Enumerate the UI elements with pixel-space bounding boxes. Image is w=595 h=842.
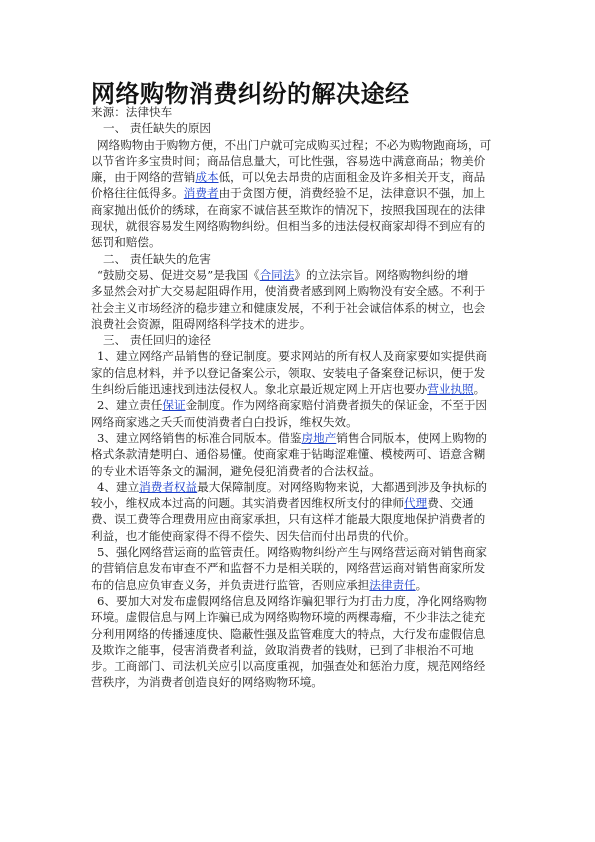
text: 最大保障制度。对网络购物来说，大都遇到涉及争执标的 xyxy=(197,480,487,494)
text: 低，可以免去昂贵的店面租金及许多相关开支，商品 xyxy=(219,170,486,184)
link-real-estate[interactable]: 房地产 xyxy=(301,431,336,445)
text: 3、建立网络销售的标准合同版本。借鉴 xyxy=(97,431,301,445)
paragraph-line: 格式条款清楚明白、通俗易懂。使商家难于钻晦涩难懂、模棱两可、语意含糊 xyxy=(91,446,511,462)
paragraph-line: 分利用网络的传播速度快、隐蔽性强及监管难度大的特点，大行发布虚假信息 xyxy=(91,626,511,642)
text: “鼓励交易、促进交易”是我国《 xyxy=(97,268,260,282)
paragraph-line: 1、建立网络产品销售的登记制度。要求网站的所有权人及商家要如实提供商 xyxy=(91,348,511,364)
text: 2、建立责任 xyxy=(97,398,162,412)
paragraph-line: 5、强化网络营运商的监管责任。网络购物纠纷产生与网络营运商对销售商家 xyxy=(91,544,511,560)
link-contract-law[interactable]: 合同法 xyxy=(260,268,295,282)
paragraph-line: 浪费社会资源，阻碍网络科学技术的进步。 xyxy=(91,316,511,332)
paragraph-line: 较小，维权成本过高的问题。其实消费者因维权所支付的律师代理费、交通 xyxy=(91,495,511,511)
text: 价格往往低得多。 xyxy=(91,186,184,200)
paragraph-line: 商家抛出低价的绣球，在商家不诚信甚至欺诈的情况下，按照我国现在的法律 xyxy=(91,202,511,218)
paragraph-line: 家的信息材料，并予以登记备案公示，领取、安装电子备案登记标识，便于发 xyxy=(91,365,511,381)
paragraph-line: 环境。虚假信息与网上诈骗已成为网络购物环境的两棵毒瘤，不少非法之徒充 xyxy=(91,609,511,625)
document-page: 网络购物消费纠纷的解决途经 来源：法律快车 一、 责任缺失的原因 网络购物由于购… xyxy=(0,0,595,842)
section-heading-2: 二、 责任缺失的危害 xyxy=(91,251,511,267)
text: 廉，由于网络的营销 xyxy=(91,170,195,184)
paragraph-line: 营秩序，为消费者创造良好的网络购物环境。 xyxy=(91,674,511,690)
source-line: 来源：法律快车 xyxy=(91,104,511,120)
paragraph-line: 4、建立消费者权益最大保障制度。对网络购物来说，大都遇到涉及争执标的 xyxy=(91,479,511,495)
text: 。 xyxy=(474,382,486,396)
text: 销售合同版本，使网上购物的 xyxy=(336,431,487,445)
text: 4、建立 xyxy=(97,480,139,494)
paragraph-line: 以节省许多宝贵时间；商品信息量大，可比性强，容易选中满意商品；物美价 xyxy=(91,153,511,169)
paragraph-line: 惩罚和赔偿。 xyxy=(91,234,511,250)
paragraph-line: 多显然会对扩大交易起阻碍作用，使消费者感到网上购物没有安全感。不利于 xyxy=(91,283,511,299)
paragraph-line: 廉，由于网络的营销成本低，可以免去昂贵的店面租金及许多相关开支，商品 xyxy=(91,169,511,185)
paragraph-line: 利益，也才能使商家得不得不偿失、因失信而付出昂贵的代价。 xyxy=(91,528,511,544)
link-business-license[interactable]: 营业执照 xyxy=(427,382,473,396)
paragraph-line: 3、建立网络销售的标准合同版本。借鉴房地产销售合同版本，使网上购物的 xyxy=(91,430,511,446)
paragraph-line: 布的信息应负审查义务，并负责进行监管，否则应承担法律责任。 xyxy=(91,577,511,593)
paragraph-line: 6、要加大对发布虚假网络信息及网络诈骗犯罪行为打击力度，净化网络购物 xyxy=(91,593,511,609)
link-legal-liability[interactable]: 法律责任 xyxy=(369,578,415,592)
paragraph-line: 现状，就很容易发生网络购物纠纷。但相当多的违法侵权商家却得不到应有的 xyxy=(91,218,511,234)
link-agency[interactable]: 代理 xyxy=(404,496,427,510)
text: 布的信息应负审查义务，并负责进行监管，否则应承担 xyxy=(91,578,369,592)
paragraph-line: 价格往往低得多。消费者由于贪图方便，消费经验不足，法律意识不强，加上 xyxy=(91,185,511,201)
paragraph-line: “鼓励交易、促进交易”是我国《合同法》的立法宗旨。网络购物纠纷的增 xyxy=(91,267,511,283)
text: 费、交通 xyxy=(427,496,473,510)
link-cost[interactable]: 成本 xyxy=(195,170,218,184)
text: 》的立法宗旨。网络购物纠纷的增 xyxy=(294,268,468,282)
text: 。 xyxy=(416,578,428,592)
paragraph-line: 及欺诈之能事，侵害消费者利益，敛取消费者的钱财，已到了非根治不可地 xyxy=(91,642,511,658)
paragraph-line: 网络商家逃之夭夭而使消费者白白投诉，维权失效。 xyxy=(91,414,511,430)
text: 生纠纷后能迅速找到违法侵权人。象北京最近规定网上开店也要办 xyxy=(91,382,427,396)
link-guarantee[interactable]: 保证 xyxy=(162,398,185,412)
paragraph-line: 生纠纷后能迅速找到违法侵权人。象北京最近规定网上开店也要办营业执照。 xyxy=(91,381,511,397)
paragraph-line: 网络购物由于购物方便，不出门户就可完成购买过程；不必为购物跑商场，可 xyxy=(91,137,511,153)
paragraph-line: 费、误工费等合理费用应由商家承担，只有这样才能最大限度地保护消费者的 xyxy=(91,511,511,527)
text: 较小，维权成本过高的问题。其实消费者因维权所支付的律师 xyxy=(91,496,404,510)
paragraph-line: 步。工商部门、司法机关应引以高度重视，加强查处和惩治力度，规范网络经 xyxy=(91,658,511,674)
paragraph-line: 的营销信息发布审查不严和监督不力是相关联的，网络营运商对销售商家所发 xyxy=(91,560,511,576)
article-body: 来源：法律快车 一、 责任缺失的原因 网络购物由于购物方便，不出门户就可完成购买… xyxy=(91,104,511,691)
link-consumer[interactable]: 消费者 xyxy=(184,186,219,200)
paragraph-line: 社会主义市场经济的稳步建立和健康发展，不利于社会诚信体系的树立，也会 xyxy=(91,300,511,316)
section-heading-3: 三、 责任回归的途径 xyxy=(91,332,511,348)
paragraph-line: 的专业术语等条文的漏洞，避免侵犯消费者的合法权益。 xyxy=(91,463,511,479)
text: 金制度。作为网络商家赔付消费者损失的保证金，不至于因 xyxy=(186,398,487,412)
paragraph-line: 2、建立责任保证金制度。作为网络商家赔付消费者损失的保证金，不至于因 xyxy=(91,397,511,413)
link-consumer-rights[interactable]: 消费者权益 xyxy=(139,480,197,494)
text: 由于贪图方便，消费经验不足，法律意识不强，加上 xyxy=(219,186,486,200)
section-heading-1: 一、 责任缺失的原因 xyxy=(91,120,511,136)
